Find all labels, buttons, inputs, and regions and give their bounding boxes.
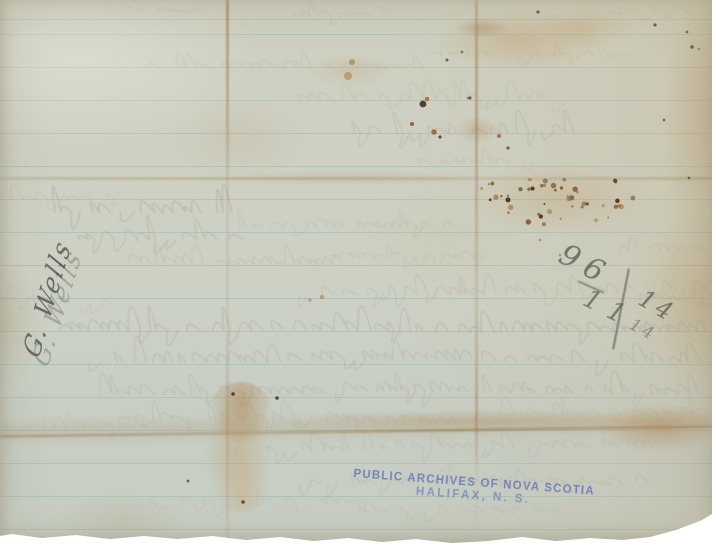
scanner-background: G. Wells G. Wells 96 11 14 14 PUBLIC ARC… bbox=[0, 0, 716, 555]
paper-edge-vignette bbox=[0, 0, 712, 543]
document-page-verso: G. Wells G. Wells 96 11 14 14 PUBLIC ARC… bbox=[0, 0, 712, 543]
